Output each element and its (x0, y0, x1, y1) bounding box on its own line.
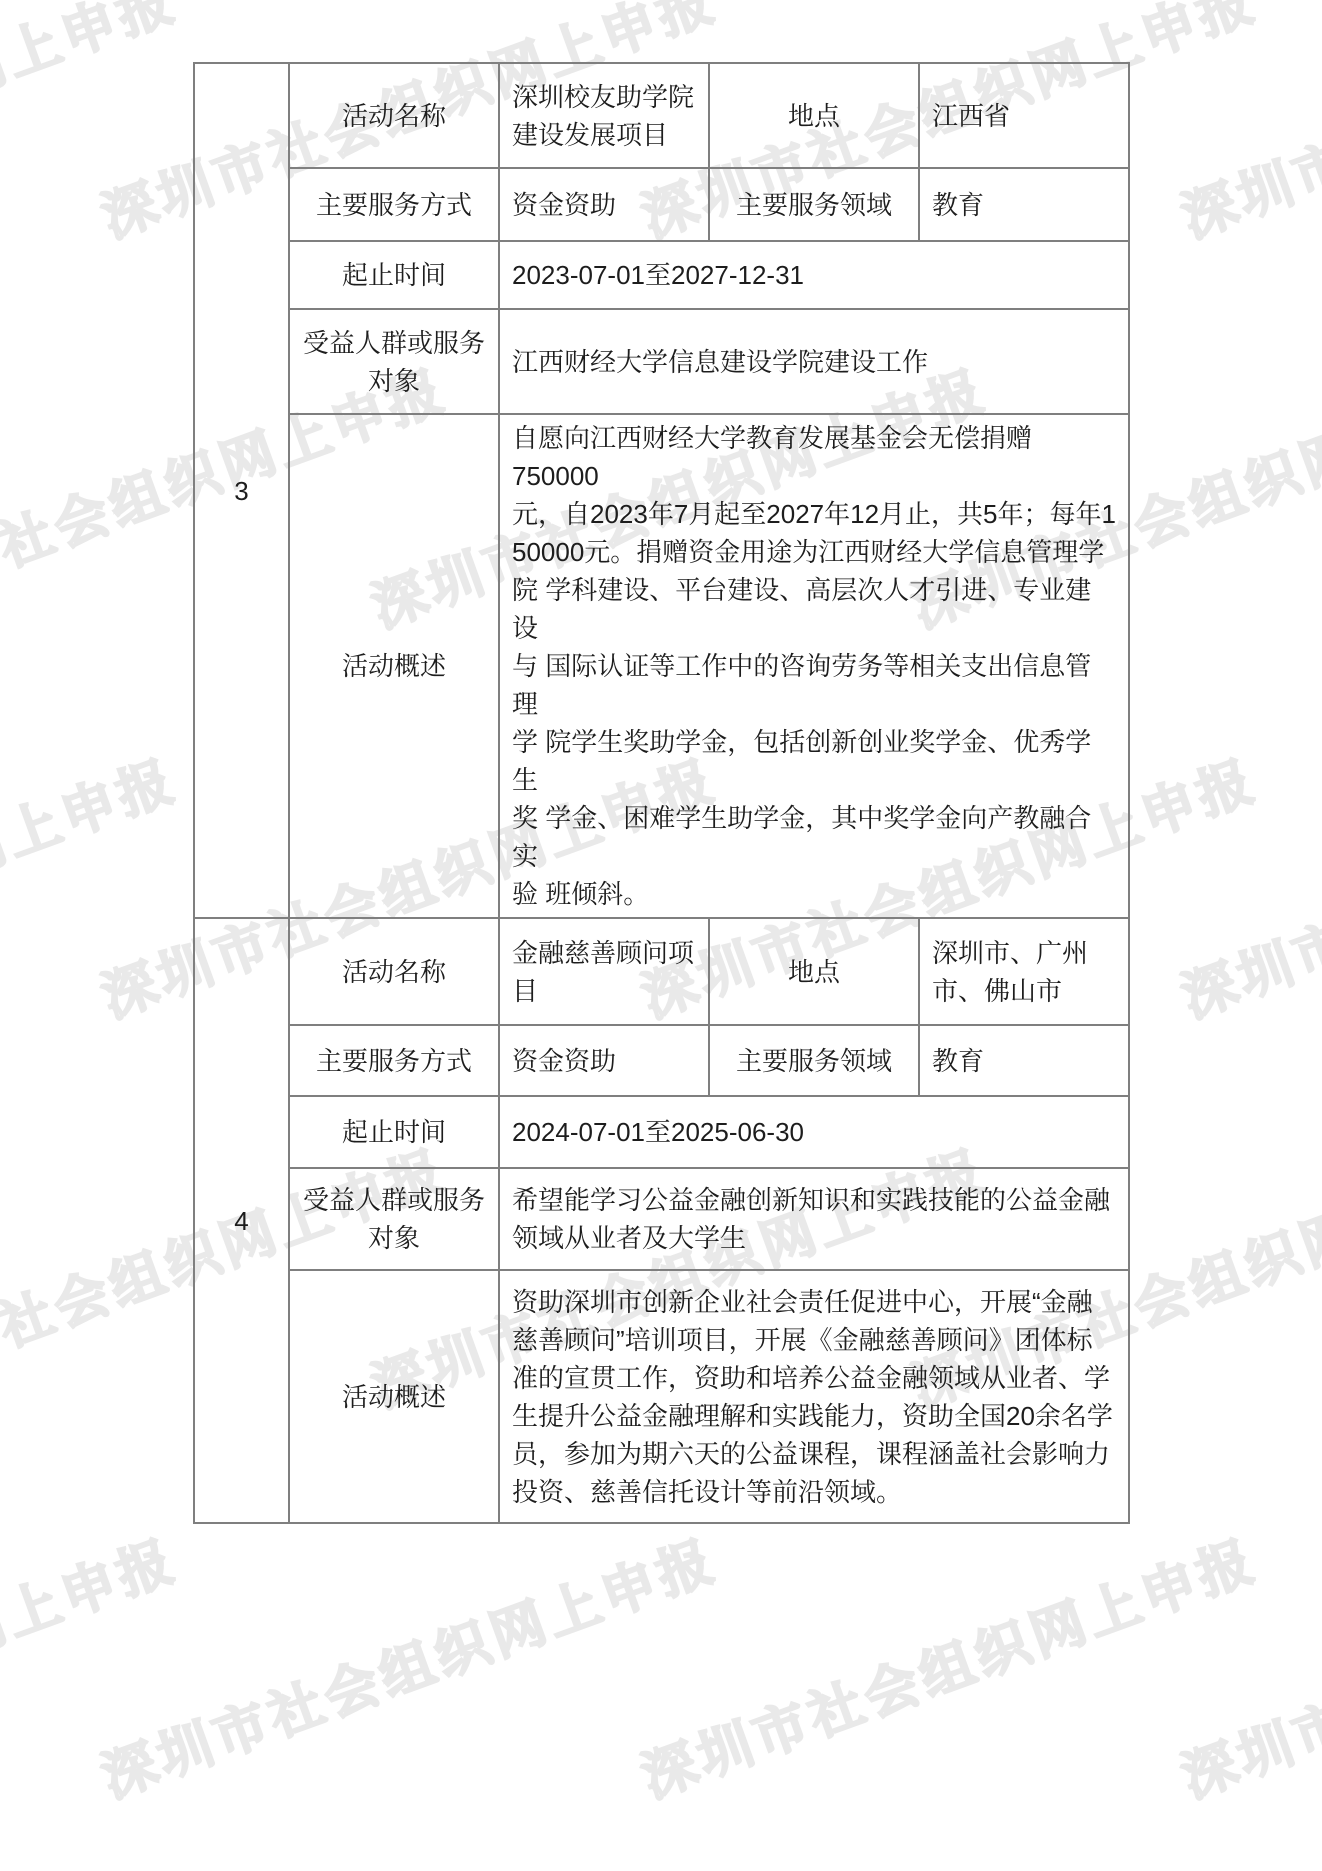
location-label: 地点 (709, 63, 919, 168)
service-field-value: 教育 (919, 1025, 1129, 1096)
time-range-value: 2024-07-01至2025-06-30 (499, 1096, 1129, 1168)
watermark-text: 深圳市社会组织网上申报 (0, 1518, 186, 1812)
table-row: 主要服务方式 资金资助 主要服务领域 教育 (194, 1025, 1129, 1096)
overview-label: 活动概述 (289, 414, 499, 918)
overview-value: 资助深圳市创新企业社会责任促进中心，开展“金融 慈善顾问”培训项目，开展《金融慈… (499, 1270, 1129, 1523)
table-row: 起止时间 2024-07-01至2025-06-30 (194, 1096, 1129, 1168)
watermark-text: 深圳市社会组织网上申报 (0, 738, 186, 1032)
activity-report-table: 3 活动名称 深圳校友助学院 建设发展项目 地点 江西省 主要服务方式 资金资助… (193, 62, 1130, 1524)
service-method-value: 资金资助 (499, 168, 709, 241)
table-row: 活动概述 资助深圳市创新企业社会责任促进中心，开展“金融 慈善顾问”培训项目，开… (194, 1270, 1129, 1523)
watermark-text: 深圳市社会组织网上申报 (1170, 1518, 1322, 1812)
table-row: 3 活动名称 深圳校友助学院 建设发展项目 地点 江西省 (194, 63, 1129, 168)
time-range-value: 2023-07-01至2027-12-31 (499, 241, 1129, 309)
serial-number-cell: 3 (194, 63, 289, 918)
location-value: 深圳市、广州 市、佛山市 (919, 918, 1129, 1025)
table-row: 主要服务方式 资金资助 主要服务领域 教育 (194, 168, 1129, 241)
document-page: 深圳市社会组织网上申报深圳市社会组织网上申报深圳市社会组织网上申报深圳市社会组织… (0, 0, 1322, 1871)
time-range-label: 起止时间 (289, 241, 499, 309)
table-row: 活动概述 自愿向江西财经大学教育发展基金会无偿捐赠750000 元，自2023年… (194, 414, 1129, 918)
location-label: 地点 (709, 918, 919, 1025)
activity-name-label: 活动名称 (289, 63, 499, 168)
service-field-label: 主要服务领域 (709, 168, 919, 241)
watermark-text: 深圳市社会组织网上申报 (1170, 0, 1322, 252)
service-method-label: 主要服务方式 (289, 168, 499, 241)
serial-number-cell: 4 (194, 918, 289, 1523)
watermark-text: 深圳市社会组织网上申报 (90, 1518, 726, 1812)
overview-label: 活动概述 (289, 1270, 499, 1523)
beneficiaries-label: 受益人群或服务 对象 (289, 309, 499, 414)
beneficiaries-label: 受益人群或服务 对象 (289, 1168, 499, 1270)
beneficiaries-value: 希望能学习公益金融创新知识和实践技能的公益金融 领域从业者及大学生 (499, 1168, 1129, 1270)
activity-name-value: 深圳校友助学院 建设发展项目 (499, 63, 709, 168)
table-row: 受益人群或服务 对象 江西财经大学信息建设学院建设工作 (194, 309, 1129, 414)
table-row: 起止时间 2023-07-01至2027-12-31 (194, 241, 1129, 309)
beneficiaries-value: 江西财经大学信息建设学院建设工作 (499, 309, 1129, 414)
service-method-label: 主要服务方式 (289, 1025, 499, 1096)
overview-value: 自愿向江西财经大学教育发展基金会无偿捐赠750000 元，自2023年7月起至2… (499, 414, 1129, 918)
time-range-label: 起止时间 (289, 1096, 499, 1168)
table-row: 4 活动名称 金融慈善顾问项 目 地点 深圳市、广州 市、佛山市 (194, 918, 1129, 1025)
location-value: 江西省 (919, 63, 1129, 168)
watermark-text: 深圳市社会组织网上申报 (630, 1518, 1266, 1812)
service-field-value: 教育 (919, 168, 1129, 241)
activity-name-label: 活动名称 (289, 918, 499, 1025)
table-row: 受益人群或服务 对象 希望能学习公益金融创新知识和实践技能的公益金融 领域从业者… (194, 1168, 1129, 1270)
watermark-text: 深圳市社会组织网上申报 (1170, 738, 1322, 1032)
watermark-text: 深圳市社会组织网上申报 (0, 0, 186, 252)
service-method-value: 资金资助 (499, 1025, 709, 1096)
service-field-label: 主要服务领域 (709, 1025, 919, 1096)
activity-name-value: 金融慈善顾问项 目 (499, 918, 709, 1025)
